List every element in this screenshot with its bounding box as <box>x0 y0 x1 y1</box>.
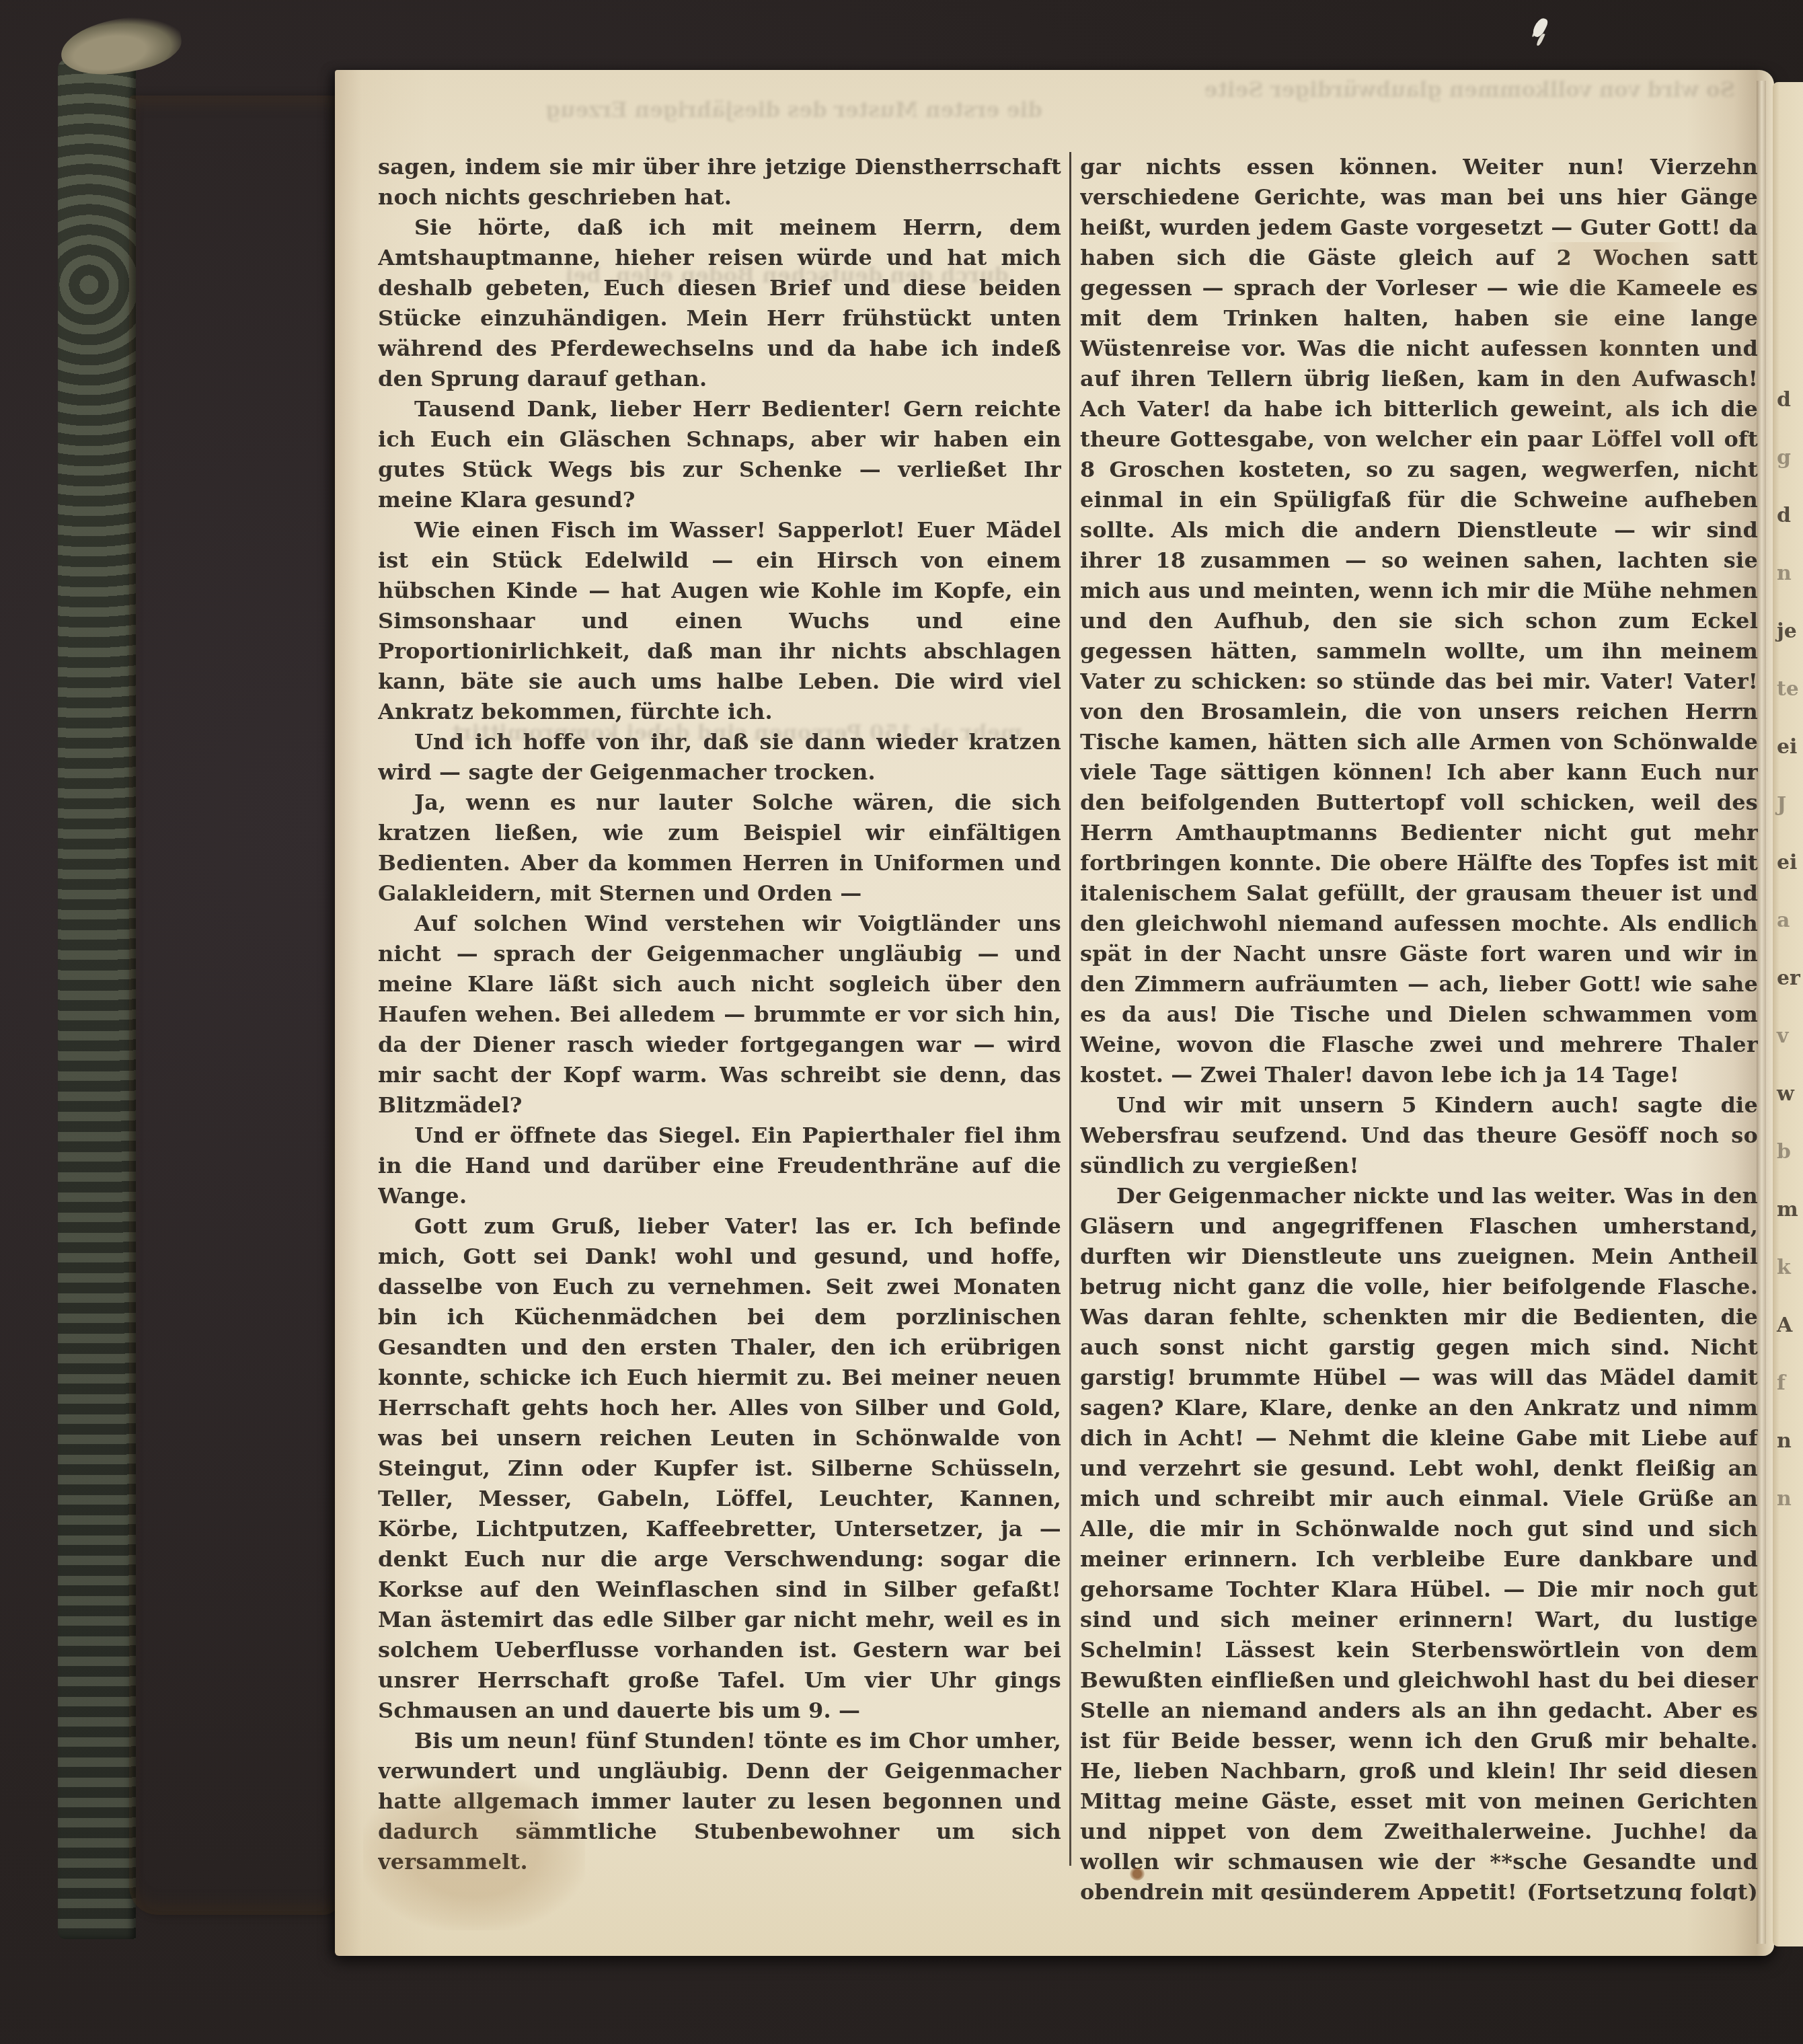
paragraph: sagen, indem sie mir über ihre jetzige D… <box>378 152 1061 213</box>
bleed-through-text: die ersten Muster des diesjährigen Erzeu… <box>404 98 1042 122</box>
paragraph: Gott zum Gruß, lieber Vater! las er. Ich… <box>378 1211 1061 1726</box>
paragraph: Und ich hoffe von ihr, daß sie dann wied… <box>378 727 1061 788</box>
paragraph: Sie hörte, daß ich mit meinem Herrn, dem… <box>378 213 1061 394</box>
next-page-letter-fragment: b <box>1773 1123 1803 1181</box>
left-text-column: sagen, indem sie mir über ihre jetzige D… <box>378 152 1061 1874</box>
bleed-through-text: So wird von vollkommen glaubwürdiger Sei… <box>1110 78 1735 102</box>
paragraph: Und wir mit unsern 5 Kindern auch! sagte… <box>1080 1090 1758 1181</box>
next-page-edge: d g d n je te ei J ei a er v w b m k A f… <box>1773 82 1803 1946</box>
next-page-edge-blank <box>1773 82 1803 371</box>
paper-stain <box>1547 242 1681 525</box>
next-page-letter-fragment: m <box>1773 1181 1803 1239</box>
page-stack-fore-edge <box>129 96 339 1915</box>
paper-stain <box>363 1776 585 1930</box>
next-page-letter-fragment: g <box>1773 429 1803 487</box>
page-fold-crease <box>1757 81 1766 1944</box>
next-page-letter-fragment: n <box>1773 1470 1803 1528</box>
paragraph: Der Geigenmacher nickte und las weiter. … <box>1080 1181 1758 1901</box>
next-page-letter-fragment: v <box>1773 1008 1803 1065</box>
next-page-letter-fragment: n <box>1773 545 1803 603</box>
column-divider-rule <box>1069 152 1071 1866</box>
next-page-letter-fragment: te <box>1773 660 1803 718</box>
next-page-letter-fragment: er <box>1773 950 1803 1008</box>
next-page-letter-fragment: ei <box>1773 834 1803 892</box>
paragraph: Auf solchen Wind verstehen wir Voigtländ… <box>378 909 1061 1121</box>
paragraph: Ja, wenn es nur lauter Solche wären, die… <box>378 788 1061 909</box>
paragraph: Tausend Dank, lieber Herr Bedienter! Ger… <box>378 394 1061 515</box>
paragraph: Wie einen Fisch im Wasser! Sapperlot! Eu… <box>378 515 1061 727</box>
next-page-letter-fragment: d <box>1773 487 1803 545</box>
next-page-letter-fragment: n <box>1773 1412 1803 1470</box>
next-page-letter-fragment: J <box>1773 776 1803 834</box>
next-page-letter-fragment: a <box>1773 892 1803 950</box>
next-page-letter-fragment: d <box>1773 371 1803 429</box>
next-page-letter-fragment: w <box>1773 1065 1803 1123</box>
next-page-letter-fragment: ei <box>1773 718 1803 776</box>
paper-stain-dot <box>1130 1867 1145 1881</box>
next-page-letter-fragment: f <box>1773 1355 1803 1412</box>
next-page-letter-fragment: je <box>1773 603 1803 660</box>
paragraph: Und er öffnete das Siegel. Ein Papiertha… <box>378 1121 1061 1211</box>
next-page-letter-fragment: k <box>1773 1239 1803 1297</box>
book-cover-edge <box>58 59 136 1939</box>
next-page-letter-fragment: A <box>1773 1297 1803 1355</box>
